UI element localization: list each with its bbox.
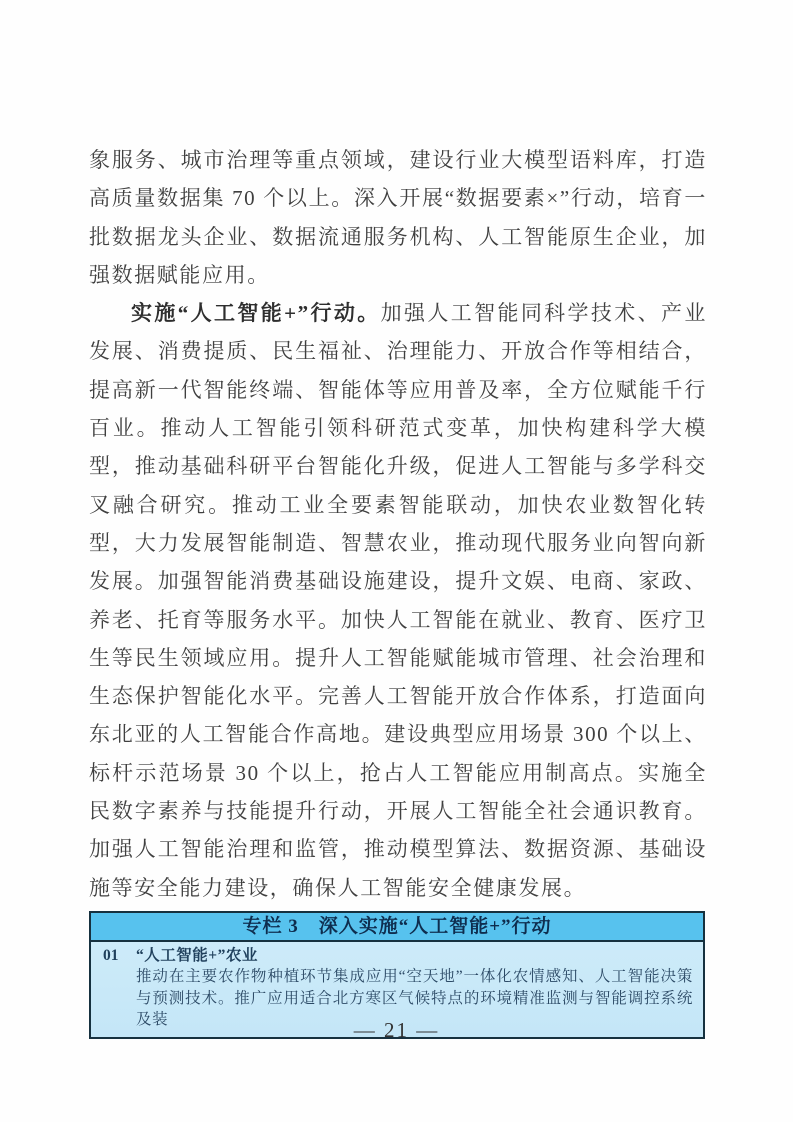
paragraph-ai-action: 实施“人工智能+”行动。加强人工智能同科学技术、产业发展、消费提质、民生福祉、治…: [89, 294, 707, 907]
list-item-title: “人工智能+”农业: [136, 945, 693, 967]
paragraph-text: 象服务、城市治理等重点领域，建设行业大模型语料库，打造高质量数据集 70 个以上…: [89, 148, 707, 287]
list-item-number: 01: [103, 945, 136, 967]
column-box-header: 专栏 3 深入实施“人工智能+”行动: [91, 913, 703, 942]
page-number: — 21 —: [0, 1018, 793, 1043]
paragraph-bold-lead: 实施“人工智能+”行动。: [131, 301, 381, 325]
paragraph-text: 加强人工智能同科学技术、产业发展、消费提质、民生福祉、治理能力、开放合作等相结合…: [89, 301, 707, 899]
page-content: 象服务、城市治理等重点领域，建设行业大模型语料库，打造高质量数据集 70 个以上…: [89, 141, 707, 1039]
paragraph-continued: 象服务、城市治理等重点领域，建设行业大模型语料库，打造高质量数据集 70 个以上…: [89, 141, 707, 294]
document-page: 象服务、城市治理等重点领域，建设行业大模型语料库，打造高质量数据集 70 个以上…: [0, 0, 793, 1122]
